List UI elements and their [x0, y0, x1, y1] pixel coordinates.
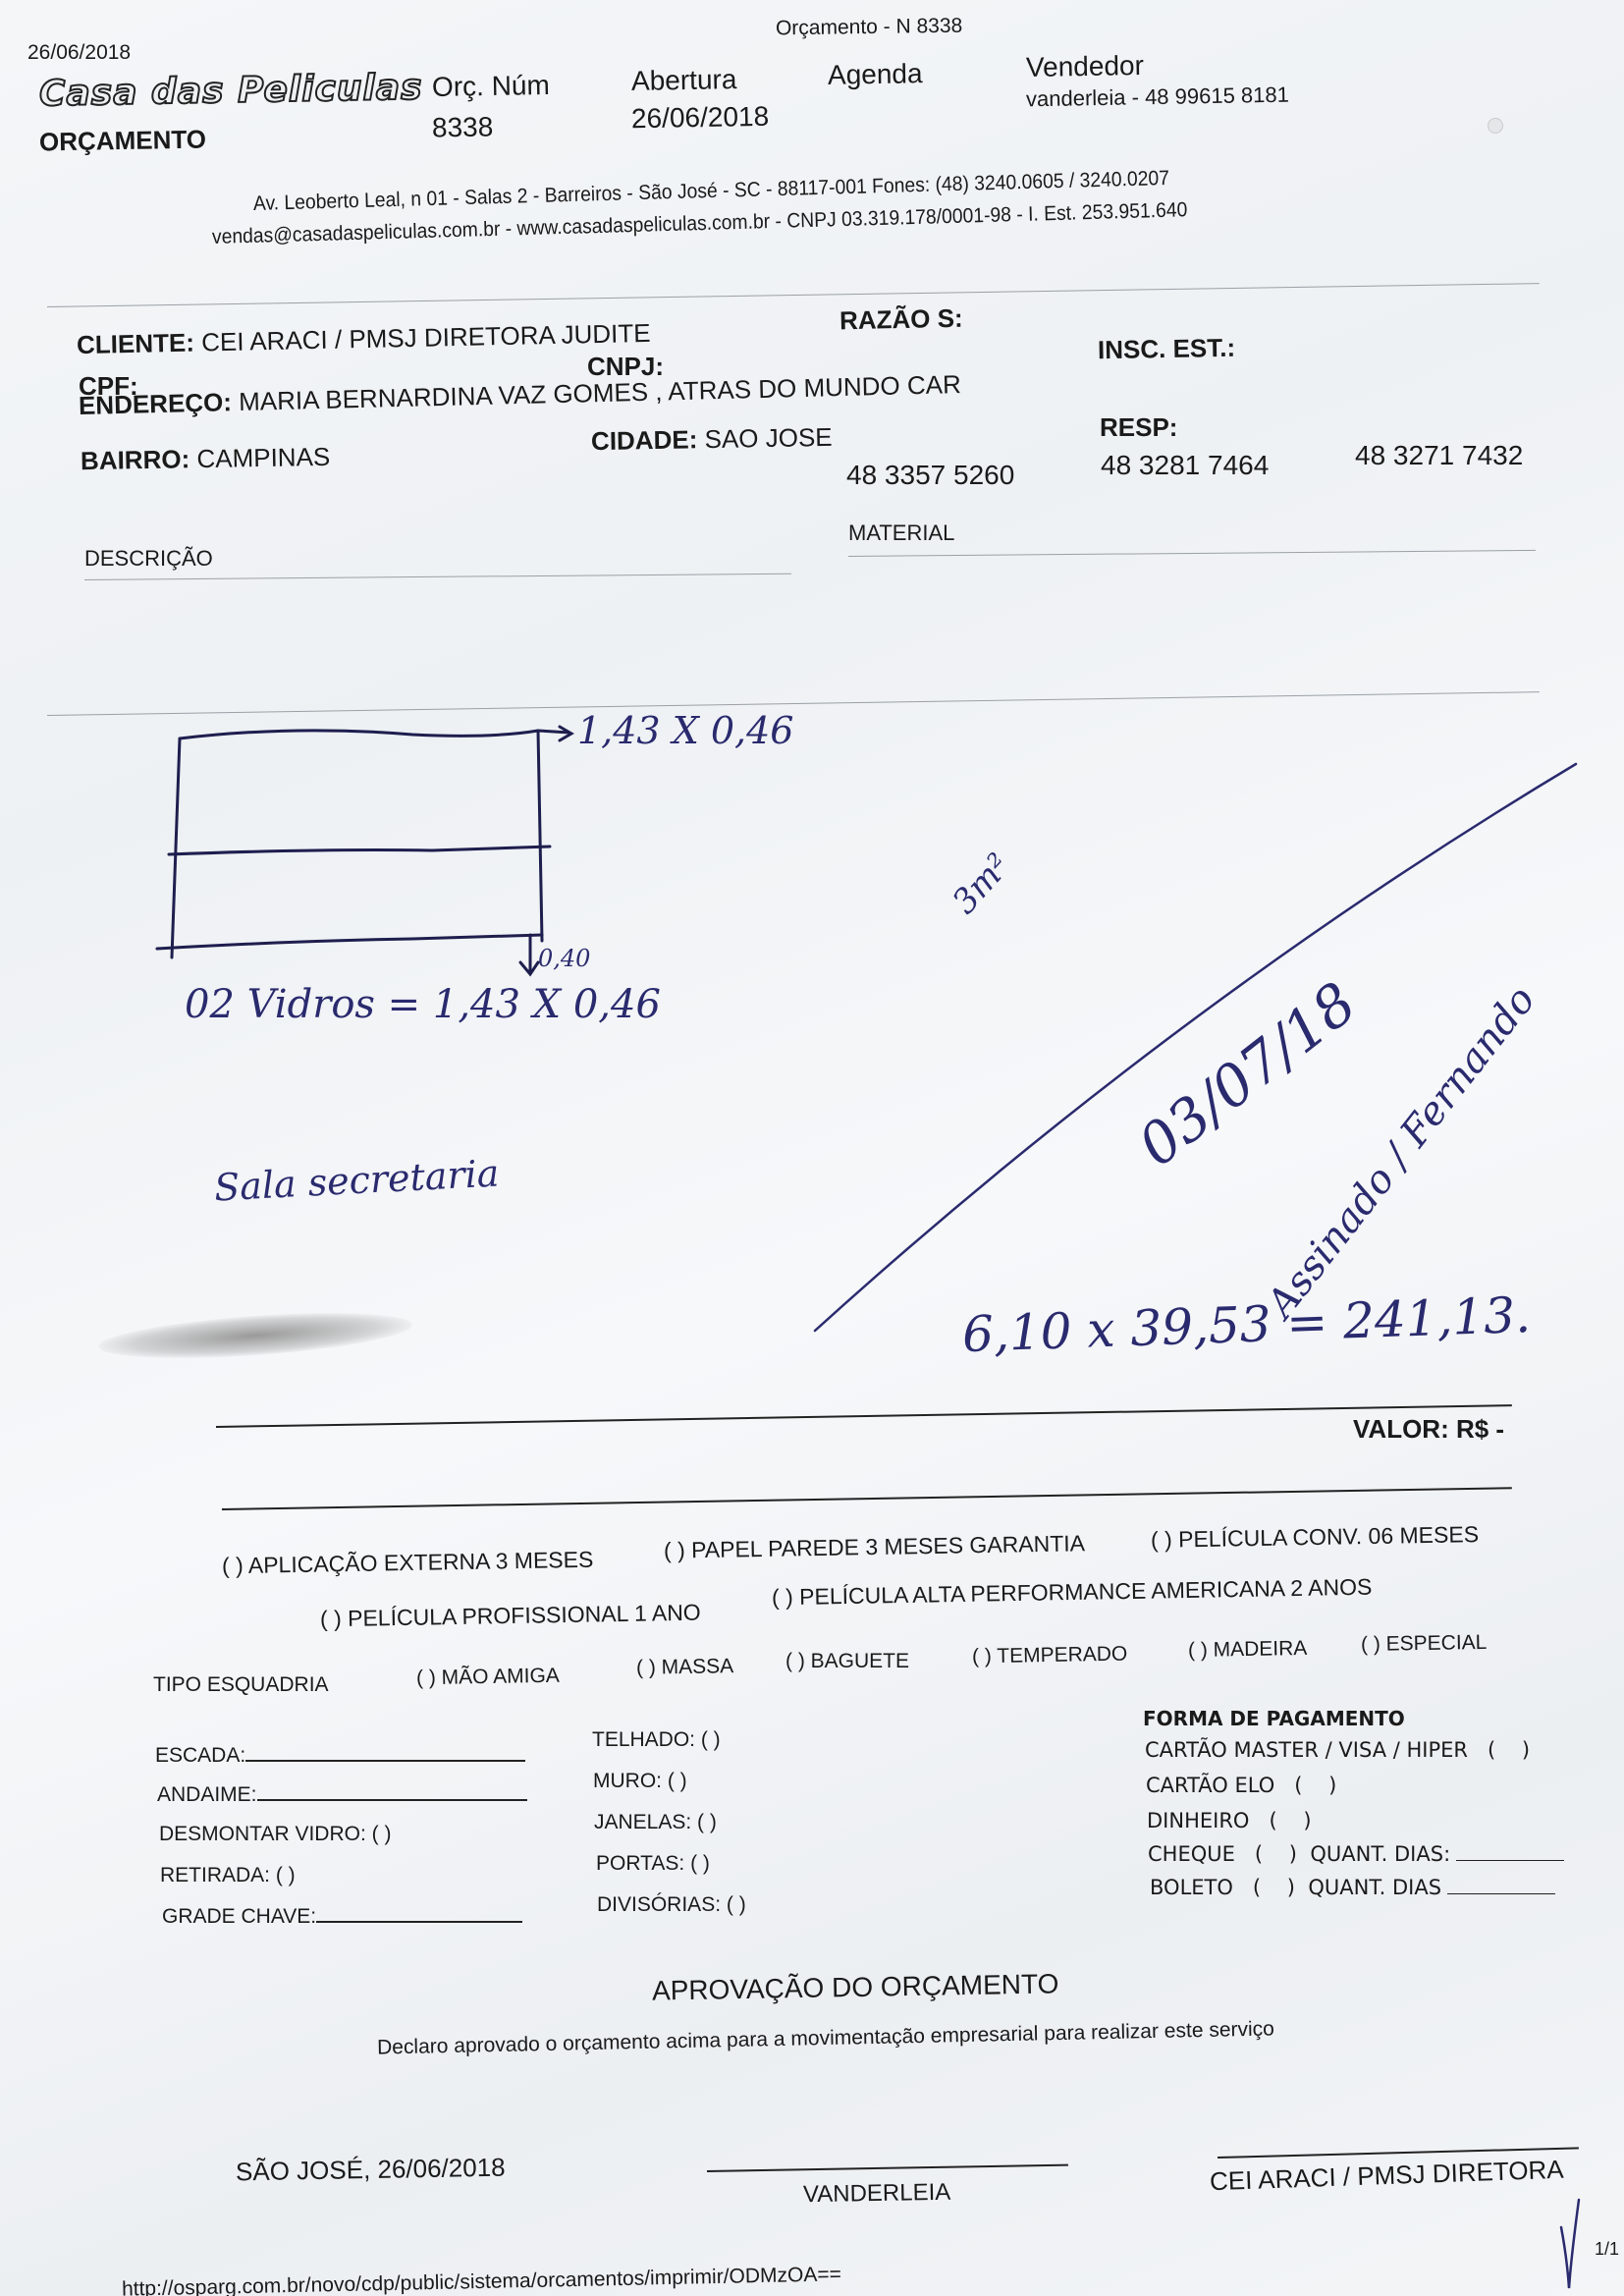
escada-field[interactable]: ESCADA: [155, 1744, 525, 1768]
print-date: 26/06/2018 [27, 41, 131, 65]
payment-dinheiro[interactable]: DINHEIRO ( ) [1147, 1809, 1312, 1832]
esquadria-massa[interactable]: ( ) MASSA [636, 1655, 734, 1680]
esquadria-temperado[interactable]: ( ) TEMPERADO [972, 1643, 1128, 1669]
document-type: ORÇAMENTO [39, 125, 206, 158]
approval-date: 03/07/18 [1126, 969, 1369, 1179]
phone-2: 48 3281 7464 [1101, 450, 1269, 481]
payment-cartao-elo[interactable]: CARTÃO ELO ( ) [1146, 1774, 1336, 1797]
cliente-label: CLIENTE: [77, 328, 194, 360]
cheque-dias-blank[interactable] [1456, 1860, 1564, 1861]
grade-chave-label: GRADE CHAVE: [162, 1905, 316, 1928]
tipo-esquadria-label: TIPO ESQUADRIA [153, 1673, 329, 1697]
esquadria-baguete[interactable]: ( ) BAGUETE [785, 1650, 909, 1673]
document-title: Orçamento - N 8338 [776, 15, 963, 41]
andaime-blank[interactable] [257, 1799, 527, 1801]
bairro-field: BAIRRO: CAMPINAS [81, 442, 331, 476]
seller-signature-line [707, 2164, 1068, 2172]
andaime-label: ANDAIME: [157, 1783, 257, 1806]
dimension-side: 0,40 [538, 945, 590, 972]
andaime-field[interactable]: ANDAIME: [157, 1783, 527, 1807]
cidade-label: CIDADE: [591, 424, 698, 456]
header-divider [47, 283, 1540, 307]
esquadria-especial[interactable]: ( ) ESPECIAL [1361, 1631, 1488, 1657]
muro-check[interactable]: MURO: ( ) [593, 1770, 687, 1793]
descricao-label: DESCRIÇÃO [84, 546, 213, 572]
portas-check[interactable]: PORTAS: ( ) [596, 1852, 710, 1876]
vendedor-value: vanderleia - 48 99615 8181 [1026, 82, 1289, 113]
bairro-value: CAMPINAS [196, 442, 330, 473]
endereco-field: ENDEREÇO: MARIA BERNARDINA VAZ GOMES , A… [79, 369, 962, 421]
insc-est-label: INSC. EST.: [1098, 333, 1236, 365]
option-pelicula-conv[interactable]: ( ) PELÍCULA CONV. 06 MESES [1151, 1521, 1479, 1554]
punch-hole [1488, 118, 1503, 134]
option-aplicacao-externa[interactable]: ( ) APLICAÇÃO EXTERNA 3 MESES [222, 1547, 594, 1580]
esquadria-mao-amiga[interactable]: ( ) MÃO AMIGA [416, 1665, 560, 1691]
bairro-label: BAIRRO: [81, 444, 190, 475]
payment-title: FORMA DE PAGAMENTO [1143, 1707, 1405, 1730]
ink-smudge [97, 1305, 413, 1366]
price-calculation: 6,10 x 39,53 = 241,13. [961, 1286, 1532, 1363]
descricao-underline [84, 574, 791, 580]
boleto-label: BOLETO ( ) QUANT. DIAS [1150, 1876, 1441, 1899]
seller-signature-name: VANDERLEIA [803, 2179, 951, 2210]
cliente-value: CEI ARACI / PMSJ DIRETORA JUDITE [201, 318, 651, 357]
option-papel-parede[interactable]: ( ) PAPEL PAREDE 3 MESES GARANTIA [664, 1530, 1085, 1563]
resp-label: RESP: [1100, 412, 1177, 443]
orc-num-value: 8338 [432, 111, 494, 143]
divisorias-check[interactable]: DIVISÓRIAS: ( ) [597, 1893, 746, 1917]
vendedor-label: Vendedor [1026, 50, 1144, 83]
abertura-value: 26/06/2018 [631, 101, 770, 135]
dimension-top: 1,43 X 0,46 [577, 709, 793, 752]
cidade-field: CIDADE: SAO JOSE [591, 422, 833, 457]
razao-label: RAZÃO S: [839, 303, 963, 337]
approval-title: APROVAÇÃO DO ORÇAMENTO [652, 1968, 1059, 2006]
cidade-value: SAO JOSE [704, 422, 833, 454]
page-number: 1/1 [1595, 2239, 1619, 2260]
esquadria-madeira[interactable]: ( ) MADEIRA [1188, 1637, 1308, 1663]
grade-chave-field[interactable]: GRADE CHAVE: [162, 1905, 522, 1929]
option-pelicula-alta-performance[interactable]: ( ) PELÍCULA ALTA PERFORMANCE AMERICANA … [772, 1574, 1373, 1612]
desmontar-vidro-check[interactable]: DESMONTAR VIDRO: ( ) [159, 1823, 391, 1846]
valor-top-line [216, 1404, 1512, 1428]
phone-3: 48 3271 7432 [1355, 440, 1523, 471]
grade-chave-blank[interactable] [316, 1921, 522, 1923]
payment-cartao-master[interactable]: CARTÃO MASTER / VISA / HIPER ( ) [1145, 1738, 1530, 1762]
payment-cheque[interactable]: CHEQUE ( ) QUANT. DIAS: [1148, 1842, 1564, 1866]
agenda-label: Agenda [828, 58, 923, 91]
endereco-label: ENDEREÇO: [79, 387, 233, 420]
payment-boleto[interactable]: BOLETO ( ) QUANT. DIAS [1150, 1876, 1555, 1899]
telhado-check[interactable]: TELHADO: ( ) [592, 1728, 721, 1752]
room-note: Sala secretaria [213, 1151, 500, 1209]
place-date: SÃO JOSÉ, 26/06/2018 [236, 2153, 506, 2188]
valor-bottom-line [222, 1487, 1512, 1510]
abertura-label: Abertura [631, 64, 737, 97]
cliente-field: CLIENTE: CEI ARACI / PMSJ DIRETORA JUDIT… [77, 318, 651, 360]
phone-1: 48 3357 5260 [846, 460, 1014, 491]
material-underline [848, 550, 1536, 557]
valor-label: VALOR: R$ - [1353, 1414, 1504, 1445]
escada-label: ESCADA: [155, 1744, 245, 1767]
approval-declaration: Declaro aprovado o orçamento acima para … [377, 2017, 1274, 2059]
company-logo: Casa das Peliculas [39, 68, 423, 115]
retirada-check[interactable]: RETIRADA: ( ) [160, 1864, 296, 1887]
vidros-measure: 02 Vidros = 1,43 X 0,46 [185, 982, 661, 1027]
area-note: 3m² [945, 847, 1018, 922]
orc-num-label: Orç. Núm [432, 70, 550, 103]
cheque-label: CHEQUE ( ) QUANT. DIAS: [1148, 1842, 1450, 1866]
option-pelicula-profissional[interactable]: ( ) PELÍCULA PROFISSIONAL 1 ANO [320, 1600, 701, 1633]
footer-url: http://osparg.com.br/novo/cdp/public/sis… [122, 2263, 841, 2296]
material-label: MATERIAL [848, 520, 954, 546]
janelas-check[interactable]: JANELAS: ( ) [594, 1811, 717, 1834]
client-signature-name: CEI ARACI / PMSJ DIRETORA [1210, 2155, 1565, 2198]
boleto-dias-blank[interactable] [1447, 1893, 1555, 1894]
escada-blank[interactable] [245, 1760, 525, 1762]
